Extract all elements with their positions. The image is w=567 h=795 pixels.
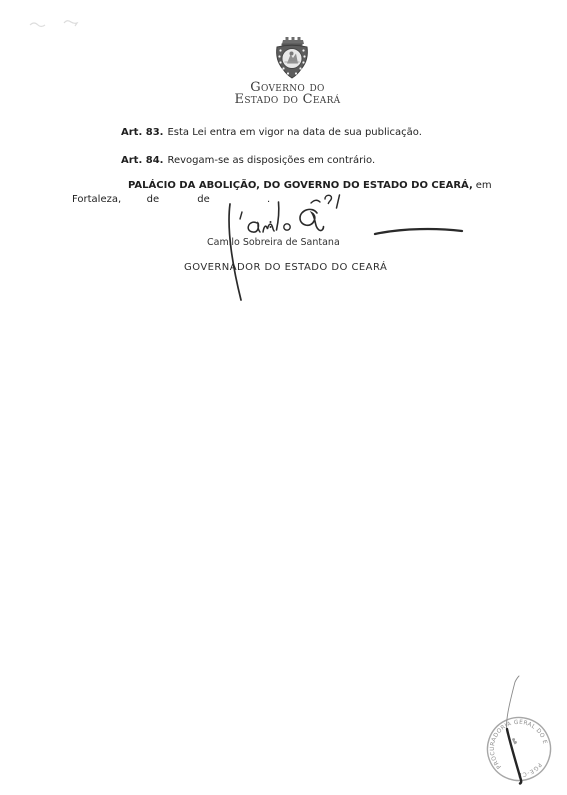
document-page: Governo do Estado do Ceará Art. 83.Esta … — [0, 0, 567, 795]
signatory-name: Camilo Sobreira de Santana — [207, 237, 340, 248]
article-83-text: Esta Lei entra em vigor na data de sua p… — [167, 127, 421, 138]
stamp-bottom-text: PGE-CE — [515, 760, 544, 780]
article-84: Art. 84.Revogam-se as disposições em con… — [0, 154, 567, 167]
article-84-text: Revogam-se as disposições em contrário. — [167, 155, 375, 166]
pge-round-stamp: PROCURADORIA GERAL DO ESTADO PGE-CE — [478, 705, 563, 795]
closing-line1-bold: PALÁCIO DA ABOLIÇÃO, DO GOVERNO DO ESTAD… — [128, 180, 473, 191]
handwritten-signature — [213, 190, 468, 315]
org-name: Governo do Estado do Ceará — [0, 82, 567, 106]
closing-line1: PALÁCIO DA ABOLIÇÃO, DO GOVERNO DO ESTAD… — [128, 180, 492, 191]
signatory-title: GOVERNADOR DO ESTADO DO CEARÁ — [184, 262, 387, 273]
closing-line1-rest: em — [476, 180, 492, 191]
article-83-label: Art. 83. — [121, 127, 163, 138]
faint-pencil-marks — [24, 14, 84, 36]
article-83: Art. 83.Esta Lei entra em vigor na data … — [0, 126, 567, 139]
article-84-label: Art. 84. — [121, 155, 163, 166]
closing-line2: Fortaleza, de de . — [72, 194, 270, 205]
svg-text:PGE-CE: PGE-CE — [515, 760, 544, 780]
org-name-line2: Estado do Ceará — [0, 94, 567, 106]
state-crest-icon — [267, 36, 317, 81]
